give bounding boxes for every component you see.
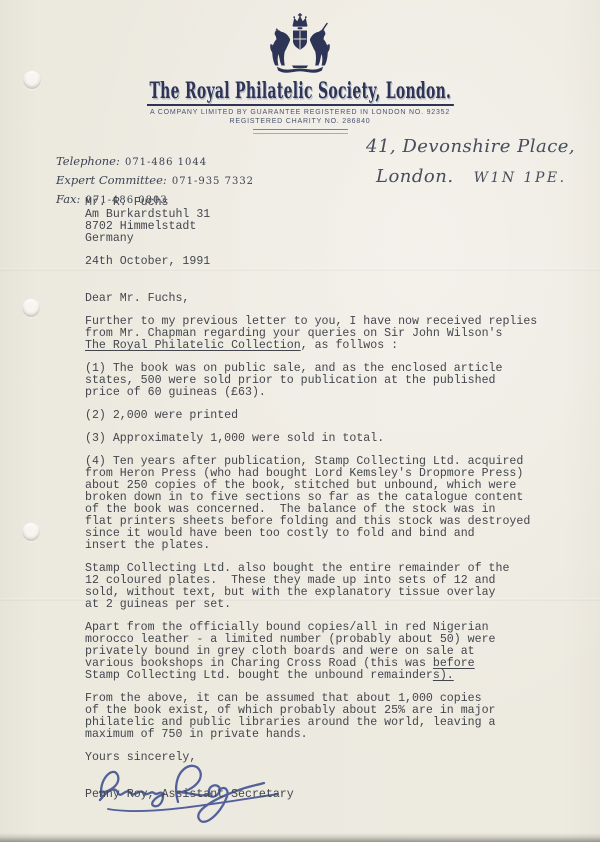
paragraph: From the above, it can be assumed that a… <box>85 693 565 741</box>
telephone-line: Telephone: 071-486 1044 <box>56 150 254 169</box>
paragraph: (3) Approximately 1,000 were sold in tot… <box>85 433 565 445</box>
fax-label: Fax: <box>56 192 80 206</box>
expert-committee-line: Expert Committee: 071-935 7332 <box>56 169 254 188</box>
letter-content: Dear Mr. Fuchs, Further to my previous l… <box>85 293 565 775</box>
society-address-line2: London.W1N 1PE. <box>376 166 567 187</box>
text-line: The Royal Philatelic Collection, as foll… <box>85 340 565 352</box>
text-line: Stamp Collecting Ltd. bought the unbound… <box>85 670 565 682</box>
letter-page: The Royal Philatelic Society, London. A … <box>0 0 600 842</box>
telephone-number: 071-486 1044 <box>125 157 207 168</box>
charity-registration-line: REGISTERED CHARITY NO. 286840 <box>0 118 600 125</box>
expert-committee-label: Expert Committee: <box>56 173 167 187</box>
text-line: maximum of 750 in private hands. <box>85 729 565 741</box>
society-address-postcode: W1N 1PE. <box>474 170 567 186</box>
letterhead-rule <box>253 129 348 134</box>
fold-crease <box>0 268 600 271</box>
letter-date: 24th October, 1991 <box>85 256 210 268</box>
society-name: The Royal Philatelic Society, London. <box>147 79 454 106</box>
letter-body: Further to my previous letter to you, I … <box>85 316 565 741</box>
punch-hole <box>22 299 40 317</box>
signed-by-line: Penny Roy, Assistant Secretary <box>85 789 294 801</box>
punch-hole <box>22 523 40 541</box>
scan-bottom-edge <box>0 833 600 842</box>
paragraph: (2) 2,000 were printed <box>85 410 565 422</box>
text-line: at 2 guineas per set. <box>85 599 565 611</box>
text-line: insert the plates. <box>85 540 565 552</box>
telephone-label: Telephone: <box>56 154 120 168</box>
paragraph: (4) Ten years after publication, Stamp C… <box>85 456 565 552</box>
paragraph: (1) The book was on public sale, and as … <box>85 363 565 399</box>
address-line: Germany <box>85 233 210 245</box>
text-line: (2) 2,000 were printed <box>85 410 565 422</box>
royal-coat-of-arms-icon <box>266 12 334 76</box>
text-line: (3) Approximately 1,000 were sold in tot… <box>85 433 565 445</box>
society-address-city: London. <box>376 166 454 187</box>
paragraph: Stamp Collecting Ltd. also bought the en… <box>85 563 565 611</box>
paragraph: Apart from the officially bound copies/a… <box>85 622 565 682</box>
company-registration-line: A COMPANY LIMITED BY GUARANTEE REGISTERE… <box>0 109 600 116</box>
letterhead: The Royal Philatelic Society, London. <box>0 79 600 106</box>
expert-committee-number: 071-935 7332 <box>172 176 254 187</box>
recipient-address: Mr. R. FuchsAm Burkardstuhl 318702 Himme… <box>85 197 210 245</box>
salutation: Dear Mr. Fuchs, <box>85 293 565 305</box>
text-line: price of 60 guineas (£63). <box>85 387 565 399</box>
paragraph: Further to my previous letter to you, I … <box>85 316 565 352</box>
society-address-line1: 41, Devonshire Place, <box>366 136 575 157</box>
